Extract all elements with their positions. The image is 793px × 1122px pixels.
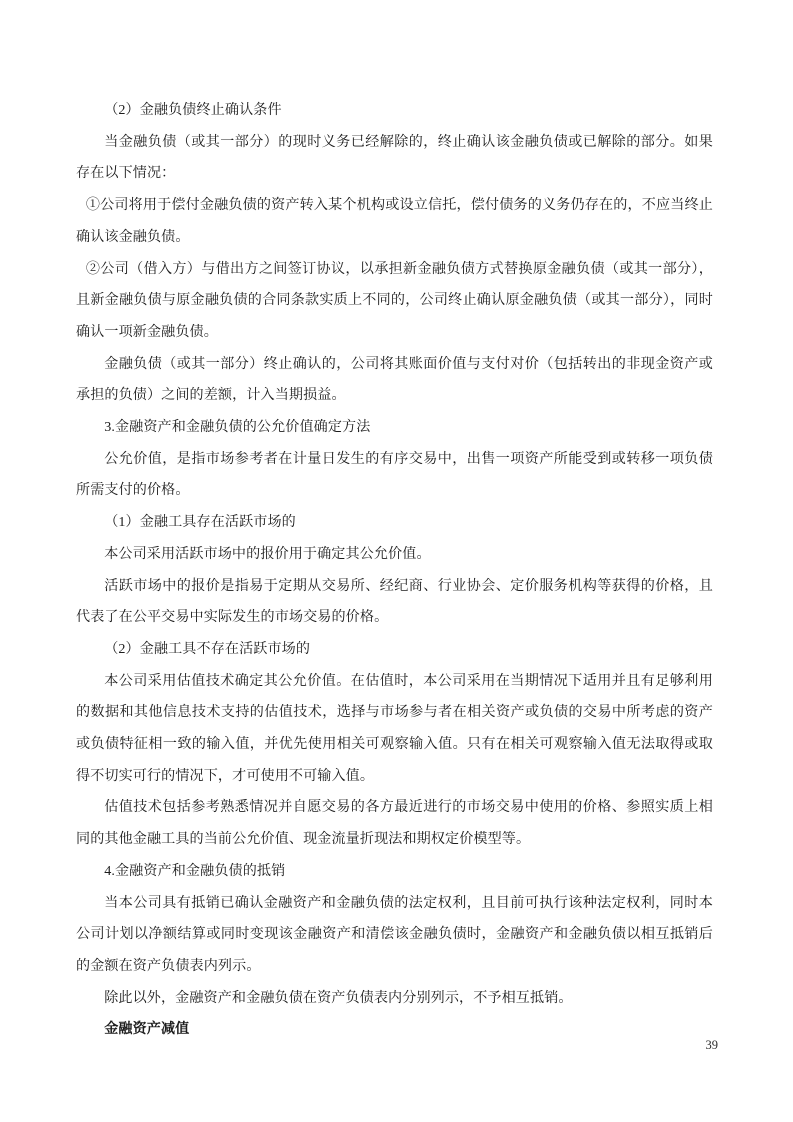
section-heading: 3.金融资产和金融负债的公允价值确定方法 <box>76 412 713 444</box>
document-page: （2）金融负债终止确认条件 当金融负债（或其一部分）的现时义务已经解除的，终止确… <box>0 0 793 1122</box>
body-paragraph: 金融负债（或其一部分）终止确认的，公司将其账面价值与支付对价（包括转出的非现金资… <box>76 349 713 412</box>
body-paragraph: 本公司采用估值技术确定其公允价值。在估值时，本公司采用在当期情况下适用并且有足够… <box>76 666 713 793</box>
page-number: 39 <box>0 1038 718 1053</box>
subsection-heading: （2）金融负债终止确认条件 <box>76 95 713 127</box>
document-body: （2）金融负债终止确认条件 当金融负债（或其一部分）的现时义务已经解除的，终止确… <box>76 95 713 1046</box>
body-paragraph: 估值技术包括参考熟悉情况并自愿交易的各方最近进行的市场交易中使用的价格、参照实质… <box>76 792 713 855</box>
body-paragraph: 除此以外，金融资产和金融负债在资产负债表内分别列示，不予相互抵销。 <box>76 983 713 1015</box>
subsection-heading: （2）金融工具不存在活跃市场的 <box>76 634 713 666</box>
section-heading: 4.金融资产和金融负债的抵销 <box>76 856 713 888</box>
body-paragraph: 当金融负债（或其一部分）的现时义务已经解除的，终止确认该金融负债或已解除的部分。… <box>76 127 713 190</box>
body-paragraph: 公允价值，是指市场参考者在计量日发生的有序交易中，出售一项资产所能受到或转移一项… <box>76 444 713 507</box>
subsection-heading: （1）金融工具存在活跃市场的 <box>76 507 713 539</box>
clause-paragraph-2: ②公司（借入方）与借出方之间签订协议，以承担新金融负债方式替换原金融负债（或其一… <box>76 254 713 349</box>
body-paragraph: 活跃市场中的报价是指易于定期从交易所、经纪商、行业协会、定价服务机构等获得的价格… <box>76 571 713 634</box>
clause-paragraph-1: ①公司将用于偿付金融负债的资产转入某个机构或设立信托，偿付债务的义务仍存在的，不… <box>76 190 713 253</box>
body-paragraph: 本公司采用活跃市场中的报价用于确定其公允价值。 <box>76 539 713 571</box>
body-paragraph: 当本公司具有抵销已确认金融资产和金融负债的法定权利，且目前可执行该种法定权利，同… <box>76 888 713 983</box>
